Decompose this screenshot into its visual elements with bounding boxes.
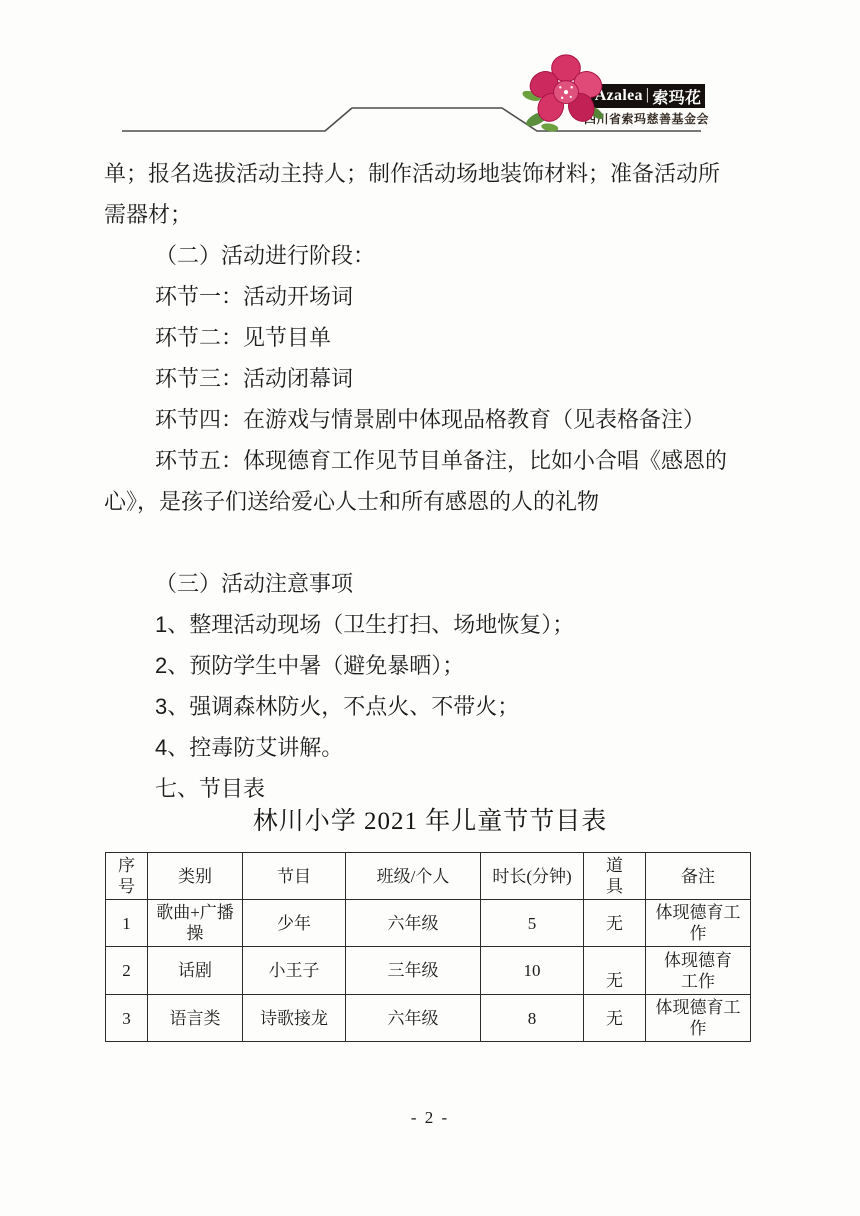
table-cell: 体现德育工 作 — [646, 995, 751, 1042]
table-cell: 8 — [481, 995, 584, 1042]
table-cell: 无 — [584, 947, 646, 995]
logo-badge-cn: 索玛花 — [652, 85, 701, 108]
table-cell: 话剧 — [148, 947, 243, 995]
header-rule — [0, 0, 860, 150]
table-cell: 5 — [481, 900, 584, 947]
table-cell: 体现德育 工作 — [646, 947, 751, 995]
body-line: 环节二：见节目单 — [104, 317, 772, 358]
table-cell: 1 — [106, 900, 148, 947]
table-cell: 小王子 — [243, 947, 346, 995]
azalea-flower-icon — [518, 52, 614, 136]
body-line: 需器材； — [104, 194, 772, 235]
body-line: 环节一：活动开场词 — [104, 276, 772, 317]
body-blank-line — [104, 522, 772, 563]
table-row: 3语言类诗歌接龙六年级8无体现德育工 作 — [106, 995, 751, 1042]
table-header-cell: 班级/个人 — [346, 853, 481, 900]
body-line: 环节三：活动闭幕词 — [104, 358, 772, 399]
page: Azalea | 索玛花 四川省索玛慈善基金会 单；报名选拔活动主持人；制作活动… — [0, 0, 860, 1216]
table-cell: 无 — [584, 995, 646, 1042]
body-line: 1、整理活动现场（卫生打扫、场地恢复）； — [104, 604, 772, 645]
table-cell: 语言类 — [148, 995, 243, 1042]
table-row: 2话剧小王子三年级10无体现德育 工作 — [106, 947, 751, 995]
table-cell: 10 — [481, 947, 584, 995]
body-line: 4、控毒防艾讲解。 — [104, 727, 772, 768]
table-header-cell: 备注 — [646, 853, 751, 900]
body-line: （二）活动进行阶段： — [104, 235, 772, 276]
table-cell: 2 — [106, 947, 148, 995]
table-row: 1歌曲+广播 操少年六年级5无体现德育工 作 — [106, 900, 751, 947]
body-line: 环节四：在游戏与情景剧中体现品格教育（见表格备注） — [104, 399, 772, 440]
program-table-title: 林川小学 2021 年儿童节节目表 — [0, 801, 860, 837]
table-header-cell: 节目 — [243, 853, 346, 900]
table-cell: 诗歌接龙 — [243, 995, 346, 1042]
body-line: 环节五：体现德育工作见节目单备注，比如小合唱《感恩的 — [104, 440, 772, 481]
table-header-cell: 道 具 — [584, 853, 646, 900]
body-line: （三）活动注意事项 — [104, 563, 772, 604]
table-cell: 少年 — [243, 900, 346, 947]
table-header-cell: 序 号 — [106, 853, 148, 900]
table-cell: 3 — [106, 995, 148, 1042]
body-text: 单；报名选拔活动主持人；制作活动场地装饰材料；准备活动所需器材；（二）活动进行阶… — [104, 153, 772, 809]
table-cell: 无 — [584, 900, 646, 947]
body-line: 2、预防学生中暑（避免暴晒）； — [104, 645, 772, 686]
table-cell: 三年级 — [346, 947, 481, 995]
table-cell: 六年级 — [346, 900, 481, 947]
body-line: 3、强调森林防火，不点火、不带火； — [104, 686, 772, 727]
table-cell: 六年级 — [346, 995, 481, 1042]
logo-badge-divider: | — [646, 86, 650, 104]
table-header-cell: 类别 — [148, 853, 243, 900]
table-cell: 体现德育工 作 — [646, 900, 751, 947]
program-table: 序 号类别节目班级/个人时长(分钟)道 具备注 1歌曲+广播 操少年六年级5无体… — [105, 852, 751, 1042]
table-cell: 歌曲+广播 操 — [148, 900, 243, 947]
page-number: - 2 - — [0, 1108, 860, 1128]
table-header-cell: 时长(分钟) — [481, 853, 584, 900]
body-line: 心》，是孩子们送给爱心人士和所有感恩的人的礼物 — [104, 481, 772, 522]
body-line: 单；报名选拔活动主持人；制作活动场地装饰材料；准备活动所 — [104, 153, 772, 194]
